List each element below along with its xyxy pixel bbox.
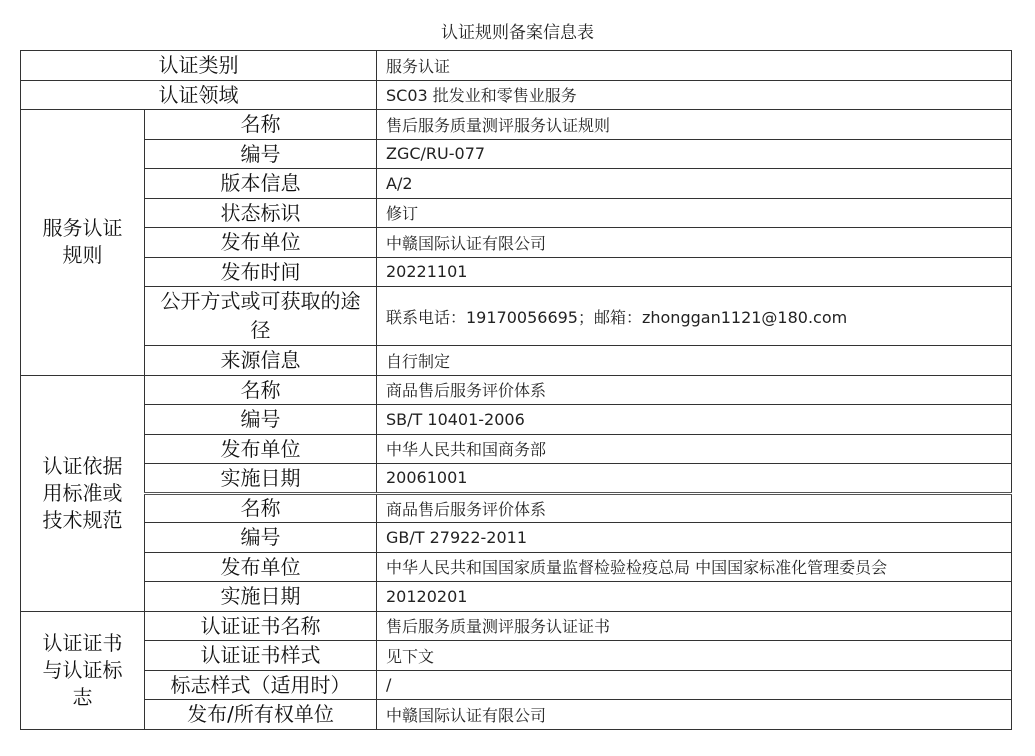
table-row: 版本信息 A/2 xyxy=(21,169,1012,199)
row-value: A/2 xyxy=(377,169,1012,199)
row-label: 状态标识 xyxy=(145,198,377,228)
group-label-text: 认证证书与认证标志 xyxy=(35,630,131,711)
table-row: 实施日期 20061001 xyxy=(21,464,1012,494)
table-row: 实施日期 20120201 xyxy=(21,582,1012,612)
row-label: 发布单位 xyxy=(145,552,377,582)
table-row-certification-field: 认证领域 SC03 批发业和零售业服务 xyxy=(21,80,1012,110)
table-row-certification-category: 认证类别 服务认证 xyxy=(21,51,1012,81)
row-label: 编号 xyxy=(145,405,377,435)
group-label-standards: 认证依据用标准或技术规范 xyxy=(21,375,145,611)
group-label-rules: 服务认证规则 xyxy=(21,110,145,376)
row-value: 自行制定 xyxy=(377,346,1012,376)
row-value: 商品售后服务评价体系 xyxy=(377,493,1012,523)
row-value: 中华人民共和国国家质量监督检验检疫总局 中国国家标准化管理委员会 xyxy=(377,552,1012,582)
row-value: 见下文 xyxy=(377,641,1012,671)
row-value: 售后服务质量测评服务认证规则 xyxy=(377,110,1012,140)
row-value: GB/T 27922-2011 xyxy=(377,523,1012,553)
table-row: 认证依据用标准或技术规范 名称 商品售后服务评价体系 xyxy=(21,375,1012,405)
row-label: 名称 xyxy=(145,110,377,140)
table-row: 发布单位 中华人民共和国商务部 xyxy=(21,434,1012,464)
row-value: 20120201 xyxy=(377,582,1012,612)
table-row: 认证证书与认证标志 认证证书名称 售后服务质量测评服务认证证书 xyxy=(21,611,1012,641)
group-label-certificate: 认证证书与认证标志 xyxy=(21,611,145,729)
group-label-text: 服务认证规则 xyxy=(35,215,131,269)
row-label: 认证证书名称 xyxy=(145,611,377,641)
row-value: 中华人民共和国商务部 xyxy=(377,434,1012,464)
row-label: 发布单位 xyxy=(145,228,377,258)
row-value: SC03 批发业和零售业服务 xyxy=(377,80,1012,110)
row-label: 标志样式（适用时） xyxy=(145,670,377,700)
row-value: 中赣国际认证有限公司 xyxy=(377,228,1012,258)
table-row: 服务认证规则 名称 售后服务质量测评服务认证规则 xyxy=(21,110,1012,140)
table-row: 编号 ZGC/RU-077 xyxy=(21,139,1012,169)
group-label-text: 认证依据用标准或技术规范 xyxy=(35,453,131,534)
row-label: 认证证书样式 xyxy=(145,641,377,671)
row-value: 20061001 xyxy=(377,464,1012,494)
row-label: 实施日期 xyxy=(145,582,377,612)
row-value: ZGC/RU-077 xyxy=(377,139,1012,169)
table-row: 发布/所有权单位 中赣国际认证有限公司 xyxy=(21,700,1012,730)
table-row: 发布单位 中华人民共和国国家质量监督检验检疫总局 中国国家标准化管理委员会 xyxy=(21,552,1012,582)
document-title: 认证规则备案信息表 xyxy=(0,18,1035,43)
row-value: 中赣国际认证有限公司 xyxy=(377,700,1012,730)
table-row: 状态标识 修订 xyxy=(21,198,1012,228)
row-value: 修订 xyxy=(377,198,1012,228)
row-value: 售后服务质量测评服务认证证书 xyxy=(377,611,1012,641)
row-label: 发布/所有权单位 xyxy=(145,700,377,730)
row-label-text: 公开方式或可获取的途径 xyxy=(156,287,366,345)
row-label: 认证领域 xyxy=(21,80,377,110)
row-label: 发布单位 xyxy=(145,434,377,464)
table-row: 编号 GB/T 27922-2011 xyxy=(21,523,1012,553)
row-label: 来源信息 xyxy=(145,346,377,376)
row-label: 版本信息 xyxy=(145,169,377,199)
row-label: 发布时间 xyxy=(145,257,377,287)
row-label: 名称 xyxy=(145,375,377,405)
table-row: 发布单位 中赣国际认证有限公司 xyxy=(21,228,1012,258)
table-row: 发布时间 20221101 xyxy=(21,257,1012,287)
row-value: 商品售后服务评价体系 xyxy=(377,375,1012,405)
row-label: 编号 xyxy=(145,523,377,553)
row-value: SB/T 10401-2006 xyxy=(377,405,1012,435)
row-label: 公开方式或可获取的途径 xyxy=(145,287,377,346)
row-label: 认证类别 xyxy=(21,51,377,81)
table-row: 标志样式（适用时） / xyxy=(21,670,1012,700)
table-row: 编号 SB/T 10401-2006 xyxy=(21,405,1012,435)
table-row: 名称 商品售后服务评价体系 xyxy=(21,493,1012,523)
row-value: 20221101 xyxy=(377,257,1012,287)
filing-info-table: 认证类别 服务认证 认证领域 SC03 批发业和零售业服务 服务认证规则 名称 … xyxy=(20,50,1012,730)
row-label: 名称 xyxy=(145,493,377,523)
table-row: 来源信息 自行制定 xyxy=(21,346,1012,376)
table-row: 认证证书样式 见下文 xyxy=(21,641,1012,671)
row-label: 编号 xyxy=(145,139,377,169)
row-value: 联系电话：19170056695；邮箱：zhonggan1121@180.com xyxy=(377,287,1012,346)
table-row: 公开方式或可获取的途径 联系电话：19170056695；邮箱：zhonggan… xyxy=(21,287,1012,346)
row-value: / xyxy=(377,670,1012,700)
row-value: 服务认证 xyxy=(377,51,1012,81)
row-label: 实施日期 xyxy=(145,464,377,494)
